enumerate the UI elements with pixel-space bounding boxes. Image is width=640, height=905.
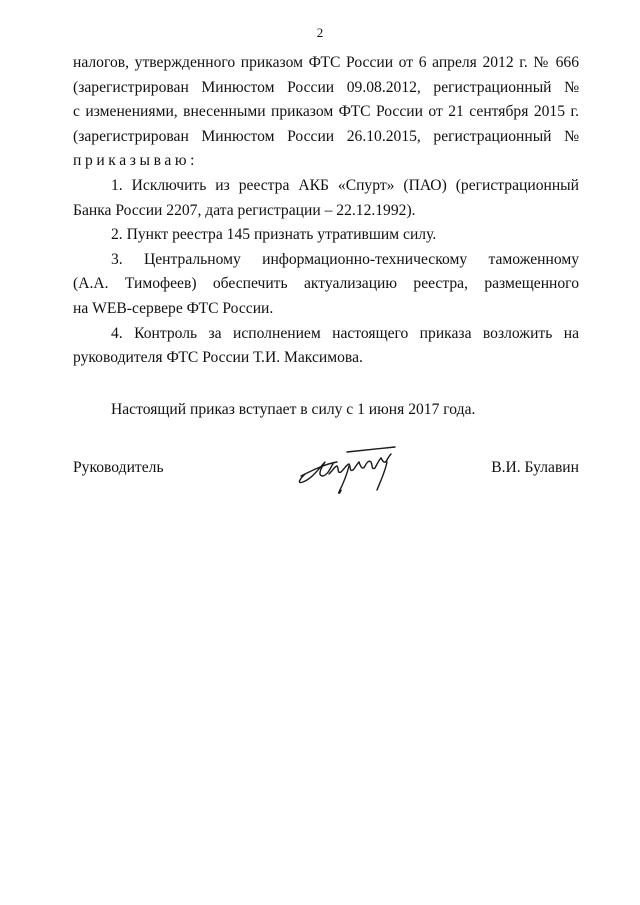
signatory-title: Руководитель: [73, 456, 164, 480]
item-2-line: 2. Пункт реестра 145 признать утратившим…: [73, 223, 579, 248]
document-page: 2 налогов, утвержденного приказом ФТС Ро…: [0, 0, 640, 905]
item-4-line: руководителя ФТС России Т.И. Максимова.: [73, 346, 579, 371]
item-3-line: 3. Центральному информационно-техническо…: [73, 248, 579, 273]
body-line: налогов, утвержденного приказом ФТС Росс…: [73, 51, 579, 76]
item-3-line: (А.А. Тимофеев) обеспечить актуализацию …: [73, 272, 579, 297]
body-line: с изменениями, внесенными приказом ФТС Р…: [73, 100, 579, 125]
item-3-line: на WEB-сервере ФТС России.: [73, 297, 579, 322]
body-line: (зарегистрирован Минюстом России 26.10.2…: [73, 125, 579, 150]
page-number: 2: [0, 25, 640, 41]
order-body: налогов, утвержденного приказом ФТС Росс…: [73, 51, 579, 371]
item-4-line: 4. Контроль за исполнением настоящего пр…: [73, 322, 579, 347]
body-line: (зарегистрирован Минюстом России 09.08.2…: [73, 76, 579, 101]
effective-date-statement: Настоящий приказ вступает в силу с 1 июн…: [111, 398, 475, 422]
signature-icon: [291, 440, 401, 498]
signatory-name: В.И. Булавин: [491, 456, 579, 480]
signature-block: Руководитель В.И. Була: [73, 440, 579, 500]
order-directive: приказываю:: [73, 149, 579, 174]
item-1-line: 1. Исключить из реестра АКБ «Спурт» (ПАО…: [73, 174, 579, 199]
item-1-line: Банка России 2207, дата регистрации – 22…: [73, 199, 579, 224]
